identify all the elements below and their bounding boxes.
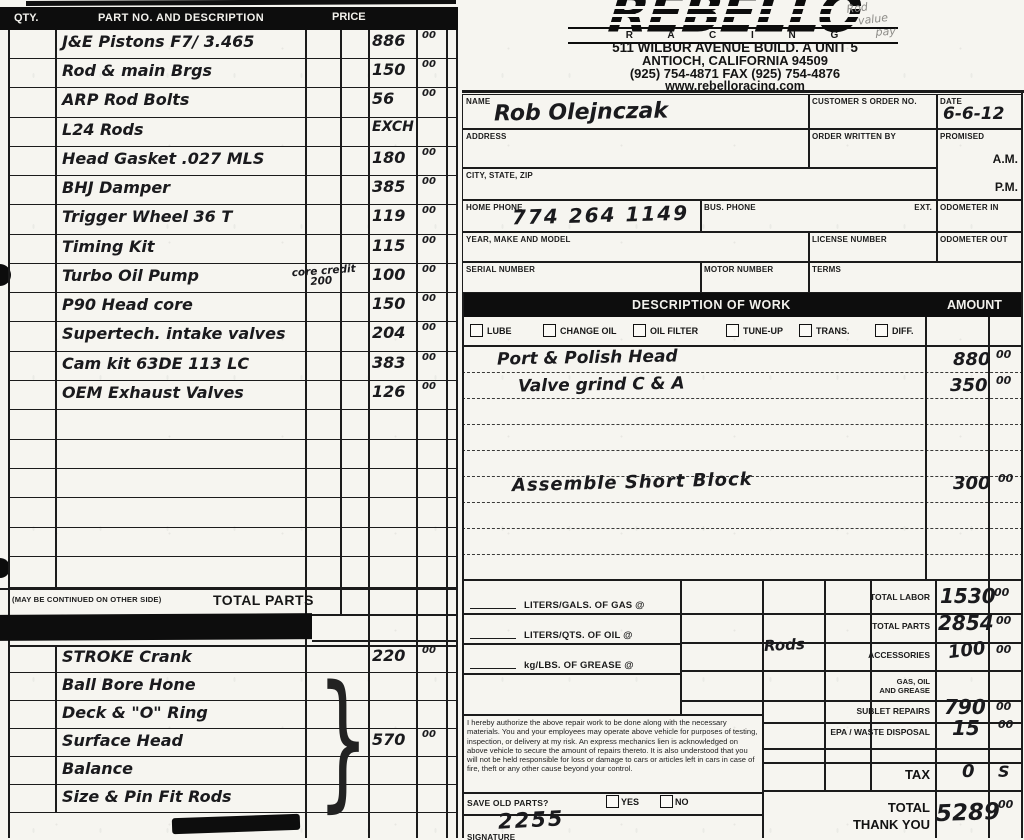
part-price: 180 (372, 148, 405, 167)
total-parts-label-right: TOTAL PARTS (830, 621, 930, 631)
part-price: 56 (372, 89, 394, 108)
part-price: 886 (372, 31, 405, 50)
part-price-cents: 00 (422, 235, 436, 246)
total-labor-amount: 1530 (940, 584, 996, 608)
part-price: 126 (372, 382, 405, 401)
fluid-underline (470, 638, 516, 639)
save-no-checkbox (660, 795, 673, 808)
part-price-cents: 00 (422, 322, 436, 333)
terms-field: TERMS (808, 262, 1023, 293)
save-yes-checkbox (606, 795, 619, 808)
tax-amount: 0 (962, 761, 975, 782)
machine-description: Surface Head (62, 731, 183, 750)
oil-filter-label: OIL FILTER (650, 326, 698, 336)
diff-checkbox (875, 324, 888, 337)
save-yes-label: YES (621, 797, 639, 807)
scanned-repair-invoice: QTY. PART NO. AND DESCRIPTION PRICE J&E … (0, 0, 1024, 840)
save-old-parts-label: SAVE OLD PARTS? (467, 798, 549, 808)
trans-label: TRANS. (816, 326, 850, 336)
part-description: Rod & main Brgs (62, 61, 212, 80)
grand-total-amount: 5289 (936, 799, 1001, 827)
part-description: Trigger Wheel 36 T (62, 207, 232, 226)
total-labor-cents: 00 (994, 586, 1009, 599)
work-line-description: Port & Polish Head (497, 346, 678, 369)
part-price-cents: 00 (422, 147, 436, 158)
lube-checkbox (470, 324, 483, 337)
accessories-cents: 00 (996, 643, 1011, 656)
fluid-underline (470, 608, 516, 609)
total-parts-amount: 2854 (938, 611, 994, 635)
scan-edge-smear (26, 0, 456, 6)
lube-label: LUBE (487, 326, 512, 336)
table-row-empty (8, 498, 457, 528)
part-description: OEM Exhaust Valves (62, 383, 244, 402)
home-phone-value: 774 264 1149 (512, 201, 690, 230)
sublet-repairs-label: SUBLET REPAIRS (830, 706, 930, 716)
tune-up-checkbox (726, 324, 739, 337)
part-price: 115 (372, 236, 405, 255)
part-price: 150 (372, 294, 405, 313)
table-row: Timing Kit 115 00 (8, 235, 457, 264)
table-row: L24 Rods EXCH (8, 118, 457, 147)
license-number-field: LICENSE NUMBER (808, 232, 938, 262)
redaction-bar (172, 814, 300, 834)
promised-am: A.M. (993, 152, 1018, 166)
table-row-empty (8, 440, 457, 469)
change-oil-label: CHANGE OIL (560, 326, 617, 336)
machine-description: Balance (62, 759, 133, 778)
machine-description: STROKE Crank (62, 647, 192, 666)
table-row: Supertech. intake valves 204 00 (8, 322, 457, 352)
machine-description: Size & Pin Fit Rods (62, 787, 232, 806)
work-line-amount: 300 (953, 473, 991, 494)
motor-number-field: MOTOR NUMBER (700, 262, 810, 293)
part-price: 385 (372, 177, 405, 196)
accessories-note: Rods (764, 635, 806, 655)
bus-phone-field: BUS. PHONE EXT. (700, 200, 938, 232)
part-description: ARP Rod Bolts (62, 90, 189, 109)
machine-price-cents: 00 (422, 645, 436, 656)
table-row: Turbo Oil Pump 100 00 (8, 264, 457, 293)
part-price-cents: 00 (422, 88, 436, 99)
part-description: L24 Rods (62, 120, 144, 139)
part-description: BHJ Damper (62, 178, 170, 197)
table-row-empty (8, 557, 457, 588)
part-price: 100 (372, 265, 405, 284)
table-row: Balance (8, 757, 457, 785)
work-line-description: Valve grind C & A (518, 374, 685, 397)
epa-cents: 00 (998, 718, 1013, 731)
authorization-text: I hereby authorize the above repair work… (467, 718, 759, 774)
part-price-cents: 00 (422, 293, 436, 304)
order-written-by-field: ORDER WRITTEN BY (808, 129, 938, 168)
part-price-cents: 00 (422, 30, 436, 41)
city-state-zip-field: CITY, STATE, ZIP (462, 168, 938, 200)
oil-filter-checkbox (633, 324, 646, 337)
diff-label: DIFF. (892, 326, 914, 336)
customer-name-value: Rob Olejnczak (494, 98, 668, 126)
change-oil-checkbox (543, 324, 556, 337)
total-labor-label: TOTAL LABOR (830, 592, 930, 602)
part-price-cents: 00 (422, 59, 436, 70)
grand-total-cents: 00 (998, 798, 1013, 811)
date-value: 6-6-12 (943, 104, 1004, 124)
accessories-label: ACCESSORIES (830, 650, 930, 660)
description-of-work-bar: DESCRIPTION OF WORK AMOUNT (462, 293, 1023, 317)
odometer-out-field: ODOMETER OUT (936, 232, 1023, 262)
table-row-empty (8, 410, 457, 440)
promised-field: PROMISED A.M. P.M. (936, 129, 1023, 200)
amount-header: AMOUNT (947, 298, 1002, 312)
tax-cents: S (998, 762, 1010, 781)
table-row: Ball Bore Hone (8, 673, 457, 701)
table-row: Surface Head 570 00 (8, 729, 457, 757)
table-row: Size & Pin Fit Rods (8, 785, 457, 813)
trans-checkbox (799, 324, 812, 337)
part-price: 383 (372, 353, 405, 372)
table-row: BHJ Damper 385 00 (8, 176, 457, 205)
total-label: TOTAL (884, 800, 930, 815)
work-line-amount: 880 (953, 349, 991, 370)
table-row: Rod & main Brgs 150 00 (8, 59, 457, 88)
work-line-cents: 00 (996, 374, 1011, 387)
table-row: Cam kit 63DE 113 LC 383 00 (8, 352, 457, 381)
part-description: Turbo Oil Pump (62, 266, 199, 285)
odometer-in-field: ODOMETER IN (936, 200, 1023, 232)
sublet-cents: 00 (996, 700, 1011, 713)
address-field: ADDRESS (462, 129, 810, 168)
table-row: Trigger Wheel 36 T 119 00 (8, 205, 457, 235)
oil-line-label: LITERS/QTS. OF OIL @ (524, 630, 633, 641)
part-description: Timing Kit (62, 237, 155, 256)
machine-price-cents: 00 (422, 729, 436, 740)
part-description: Supertech. intake valves (62, 324, 285, 343)
grease-line-label: kg/LBS. OF GREASE @ (524, 660, 634, 671)
work-line-cents: 00 (996, 348, 1011, 361)
machine-description: Ball Bore Hone (62, 675, 196, 694)
part-price: 204 (372, 323, 405, 342)
handwritten-brace: } (317, 666, 369, 814)
part-price-cents: 00 (422, 176, 436, 187)
epa-waste-label: EPA / WASTE DISPOSAL (790, 727, 930, 737)
total-parts-black-bar (0, 613, 312, 641)
total-parts-label: TOTAL PARTS (213, 592, 314, 608)
price-header: PRICE (332, 11, 366, 23)
table-row: P90 Head core 150 00 (8, 293, 457, 322)
gas-line-label: LITERS/GALS. OF GAS @ (524, 600, 645, 611)
table-row-empty (8, 528, 457, 557)
table-row-empty (8, 469, 457, 498)
table-row: STROKE Crank 220 00 (8, 645, 457, 673)
table-row: ARP Rod Bolts 56 00 (8, 88, 457, 118)
year-make-model-field: YEAR, MAKE AND MODEL (462, 232, 810, 262)
table-row: Deck & "O" Ring (8, 701, 457, 729)
machine-price: 570 (372, 730, 405, 749)
part-price-cents: 00 (422, 352, 436, 363)
part-price: 150 (372, 60, 405, 79)
table-row: J&E Pistons F7/ 3.465 886 00 (8, 30, 457, 59)
work-line-amount: 350 (950, 375, 988, 396)
promised-pm: P.M. (995, 180, 1018, 194)
part-price-cents: 00 (422, 205, 436, 216)
table-row: OEM Exhaust Valves 126 00 (8, 381, 457, 410)
table-row: Head Gasket .027 MLS 180 00 (8, 147, 457, 176)
tune-up-label: TUNE-UP (743, 326, 783, 336)
thank-you-label: THANK YOU (845, 817, 930, 832)
part-description: Head Gasket .027 MLS (62, 149, 264, 168)
machine-description: Deck & "O" Ring (62, 703, 208, 722)
total-parts-cents: 00 (996, 614, 1011, 627)
description-header: PART NO. AND DESCRIPTION (98, 12, 264, 24)
part-price: EXCH (372, 119, 414, 135)
serial-number-field: SERIAL NUMBER (462, 262, 702, 293)
ext-label: EXT. (914, 203, 932, 212)
work-line-description: Assemble Short Block (512, 469, 753, 496)
customer-order-field: CUSTOMER S ORDER NO. (808, 94, 938, 129)
part-description: J&E Pistons F7/ 3.465 (62, 32, 254, 51)
part-price-cents: 00 (422, 381, 436, 392)
corner-handwritten-note: Rod value pay (846, 0, 897, 42)
gas-oil-grease-label: GAS, OIL (830, 677, 930, 686)
save-no-label: NO (675, 797, 689, 807)
parts-table-header: QTY. PART NO. AND DESCRIPTION PRICE (0, 7, 458, 30)
machine-price: 220 (372, 646, 405, 665)
part-description: P90 Head core (62, 295, 193, 314)
continued-note: (MAY BE CONTINUED ON OTHER SIDE) (12, 595, 161, 604)
work-line-cents: 00 (998, 472, 1013, 485)
work-title: DESCRIPTION OF WORK (632, 298, 791, 312)
tax-label: TAX (895, 767, 930, 782)
part-price-cents: 00 (422, 264, 436, 275)
gas-oil-grease-label2: AND GREASE (830, 686, 930, 695)
part-price: 119 (372, 206, 405, 225)
signature-label: SIGNATURE (467, 833, 515, 840)
part-description: Cam kit 63DE 113 LC (62, 354, 249, 373)
accessories-amount: 100 (947, 638, 987, 663)
save-note-value: 2255 (497, 806, 565, 833)
fluid-underline (470, 668, 516, 669)
epa-amount: 15 (952, 716, 980, 740)
qty-header: QTY. (14, 12, 38, 24)
